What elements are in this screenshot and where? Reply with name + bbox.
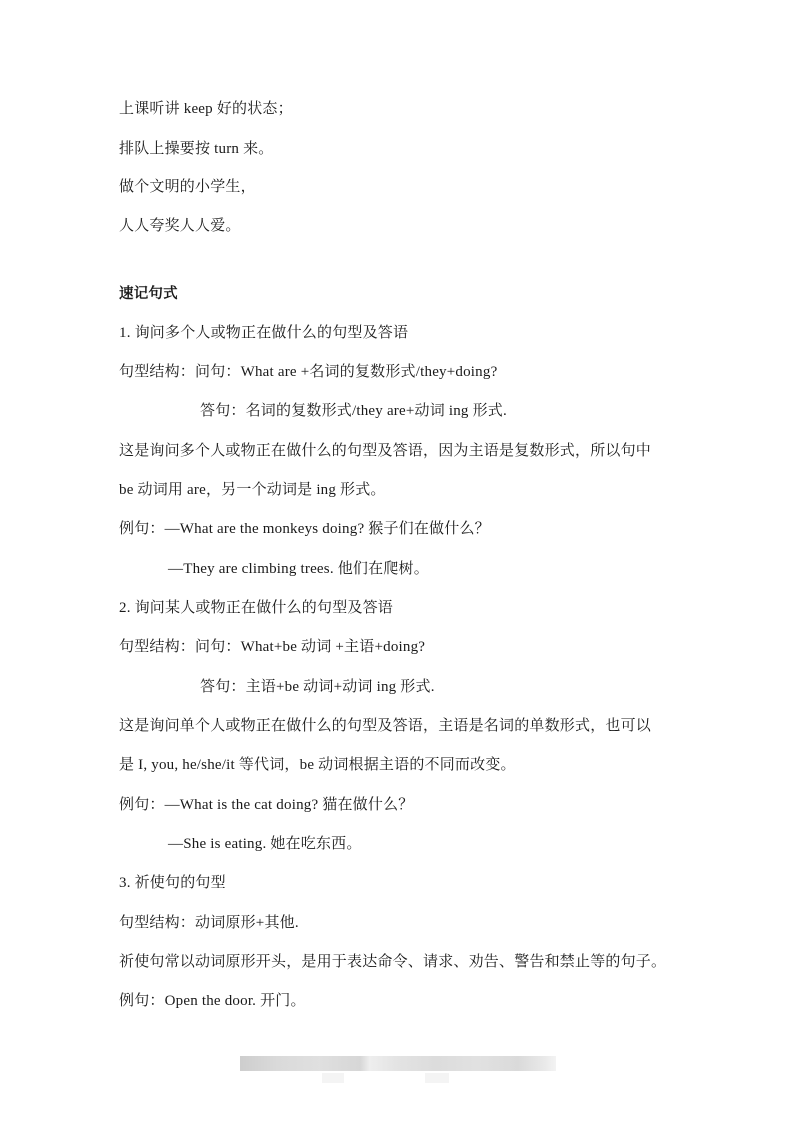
item-1-structure-question: 句型结构：问句：What are +名词的复数形式/they+doing? [119, 362, 497, 382]
item-2-example-question: 例句：—What is the cat doing? 猫在做什么？ [119, 795, 413, 815]
poem-line-1: 上课听讲 keep 好的状态； [119, 99, 293, 119]
item-2-structure-question: 句型结构：问句：What+be 动词 +主语+doing? [119, 637, 425, 657]
item-3-structure: 句型结构：动词原形+其他. [119, 913, 299, 933]
poem-line-2: 排队上操要按 turn 来。 [119, 139, 273, 159]
document-page: 上课听讲 keep 好的状态； 排队上操要按 turn 来。 做个文明的小学生，… [0, 0, 793, 1122]
item-3-example: 例句：Open the door. 开门。 [119, 991, 306, 1011]
item-2-title: 2. 询问某人或物正在做什么的句型及答语 [119, 598, 393, 618]
item-2-explanation-line-2: 是 I, you, he/she/it 等代词，be 动词根据主语的不同而改变。 [119, 755, 516, 775]
blurred-footer [240, 1056, 556, 1071]
item-2-structure-answer: 答句：主语+be 动词+动词 ing 形式. [200, 677, 435, 697]
poem-line-3: 做个文明的小学生， [119, 177, 256, 197]
item-1-structure-answer: 答句：名词的复数形式/they are+动词 ing 形式. [200, 401, 507, 421]
item-2-example-answer: —She is eating. 她在吃东西。 [168, 834, 362, 854]
item-2-explanation-line-1: 这是询问单个人或物正在做什么的句型及答语，主语是名词的单数形式，也可以 [119, 716, 651, 736]
item-1-example-question: 例句：—What are the monkeys doing? 猴子们在做什么？ [119, 519, 490, 539]
item-3-explanation: 祈使句常以动词原形开头，是用于表达命令、请求、劝告、警告和禁止等的句子。 [119, 952, 666, 972]
item-1-explanation-line-1: 这是询问多个人或物正在做什么的句型及答语，因为主语是复数形式，所以句中 [119, 441, 651, 461]
poem-line-4: 人人夸奖人人爱。 [119, 216, 241, 236]
item-1-example-answer: —They are climbing trees. 他们在爬树。 [168, 559, 429, 579]
section-title: 速记句式 [119, 284, 178, 304]
item-1-title: 1. 询问多个人或物正在做什么的句型及答语 [119, 323, 408, 343]
footer-smudge-left [322, 1073, 344, 1083]
item-3-title: 3. 祈使句的句型 [119, 873, 226, 893]
footer-smudge-right [425, 1073, 449, 1083]
item-1-explanation-line-2: be 动词用 are，另一个动词是 ing 形式。 [119, 480, 386, 500]
